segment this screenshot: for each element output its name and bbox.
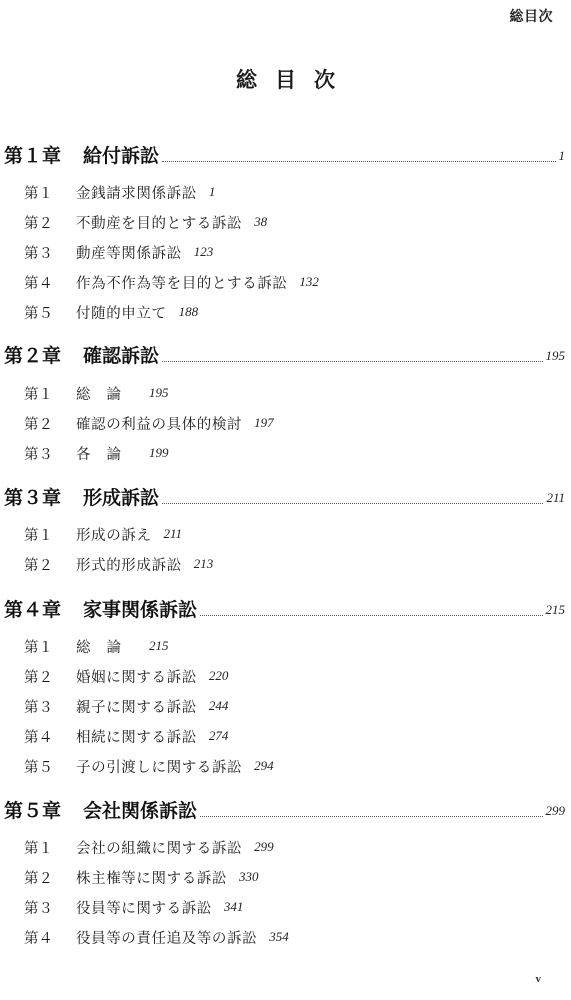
section-row[interactable]: 第４ 作為不作為等を目的とする訴訟 132 [24, 270, 319, 294]
chapter-title: 形成訴訟 [83, 484, 159, 512]
section-page: 244 [209, 698, 229, 714]
dot-leader [162, 502, 543, 504]
section-page: 188 [179, 304, 199, 320]
section-row[interactable]: 第１ 金銭請求関係訴訟 1 [24, 180, 215, 204]
section-number: 第１ [24, 636, 76, 657]
chapter-number: 第４章 [4, 596, 61, 624]
chapter-title: 給付訴訟 [83, 142, 159, 170]
section-row[interactable]: 第２ 株主権等に関する訴訟 330 [24, 865, 259, 889]
section-row[interactable]: 第１ 会社の組織に関する訴訟 299 [24, 835, 274, 859]
section-row[interactable]: 第４ 役員等の責任追及等の訴訟 354 [24, 925, 289, 949]
section-page: 354 [269, 929, 289, 945]
section-row[interactable]: 第３ 各論 199 [24, 441, 169, 465]
chapter-number: 第５章 [4, 797, 61, 825]
section-title: 総論 [76, 383, 137, 404]
section-page: 1 [209, 184, 216, 200]
section-title: 確認の利益の具体的検討 [76, 413, 242, 434]
chapter-row-5[interactable]: 第５章 会社関係訴訟 299 [4, 797, 565, 825]
section-title: 作為不作為等を目的とする訴訟 [76, 272, 287, 293]
section-row[interactable]: 第１ 総論 195 [24, 381, 169, 405]
section-number: 第５ [24, 302, 76, 323]
section-number: 第２ [24, 666, 76, 687]
section-number: 第３ [24, 242, 76, 263]
page-number: v [536, 973, 542, 985]
section-title: 総論 [76, 636, 137, 657]
section-page: 123 [194, 244, 214, 260]
section-title: 動産等関係訴訟 [76, 242, 182, 263]
section-title: 各論 [76, 443, 137, 464]
section-row[interactable]: 第２ 確認の利益の具体的検討 197 [24, 411, 274, 435]
section-title: 会社の組織に関する訴訟 [76, 837, 242, 858]
section-number: 第４ [24, 726, 76, 747]
chapter-number: 第２章 [4, 342, 61, 370]
section-title: 株主権等に関する訴訟 [76, 867, 227, 888]
section-number: 第４ [24, 272, 76, 293]
section-title: 親子に関する訴訟 [76, 696, 197, 717]
section-page: 38 [254, 214, 267, 230]
section-row[interactable]: 第３ 役員等に関する訴訟 341 [24, 895, 243, 919]
section-number: 第１ [24, 837, 76, 858]
section-number: 第３ [24, 897, 76, 918]
section-page: 274 [209, 728, 229, 744]
chapter-row-2[interactable]: 第２章 確認訴訟 195 [4, 342, 565, 370]
chapter-title: 会社関係訴訟 [83, 797, 197, 825]
chapter-page: 195 [546, 342, 566, 370]
section-page: 132 [299, 274, 319, 290]
dot-leader [200, 815, 542, 817]
section-row[interactable]: 第３ 親子に関する訴訟 244 [24, 694, 228, 718]
chapter-title: 家事関係訴訟 [83, 596, 197, 624]
section-title: 不動産を目的とする訴訟 [76, 212, 242, 233]
section-row[interactable]: 第１ 形成の訴え 211 [24, 522, 182, 546]
section-number: 第１ [24, 524, 76, 545]
chapter-number: 第１章 [4, 142, 61, 170]
section-title: 役員等に関する訴訟 [76, 897, 212, 918]
running-head: 総目次 [510, 6, 554, 26]
section-number: 第３ [24, 443, 76, 464]
section-number: 第５ [24, 756, 76, 777]
section-row[interactable]: 第２ 婚姻に関する訴訟 220 [24, 664, 228, 688]
section-title: 子の引渡しに関する訴訟 [76, 756, 242, 777]
section-number: 第２ [24, 554, 76, 575]
dot-leader [162, 360, 542, 362]
section-row[interactable]: 第４ 相続に関する訴訟 274 [24, 724, 228, 748]
chapter-page: 215 [546, 596, 566, 624]
chapter-row-3[interactable]: 第３章 形成訴訟 211 [4, 484, 565, 512]
section-page: 213 [194, 556, 214, 572]
section-number: 第３ [24, 696, 76, 717]
section-number: 第１ [24, 182, 76, 203]
section-page: 211 [164, 526, 183, 542]
section-title: 婚姻に関する訴訟 [76, 666, 197, 687]
section-page: 199 [149, 445, 169, 461]
section-row[interactable]: 第５ 付随的申立て 188 [24, 300, 198, 324]
section-title: 相続に関する訴訟 [76, 726, 197, 747]
section-page: 215 [149, 638, 169, 654]
chapter-row-1[interactable]: 第１章 給付訴訟 1 [4, 142, 565, 170]
section-title: 役員等の責任追及等の訴訟 [76, 927, 257, 948]
section-title: 付随的申立て [76, 302, 167, 323]
chapter-number: 第３章 [4, 484, 61, 512]
section-number: 第２ [24, 212, 76, 233]
section-title: 金銭請求関係訴訟 [76, 182, 197, 203]
section-title: 形成の訴え [76, 524, 152, 545]
section-row[interactable]: 第２ 不動産を目的とする訴訟 38 [24, 210, 267, 234]
section-page: 195 [149, 385, 169, 401]
chapter-page: 211 [546, 484, 565, 512]
section-row[interactable]: 第２ 形式的形成訴訟 213 [24, 552, 213, 576]
page-title: 総目次 [0, 64, 571, 94]
chapter-page: 299 [546, 797, 566, 825]
section-page: 299 [254, 839, 274, 855]
section-page: 220 [209, 668, 229, 684]
section-number: 第２ [24, 867, 76, 888]
section-number: 第４ [24, 927, 76, 948]
dot-leader [200, 614, 542, 616]
section-page: 294 [254, 758, 274, 774]
section-page: 330 [239, 869, 259, 885]
dot-leader [162, 160, 555, 162]
section-number: 第２ [24, 413, 76, 434]
chapter-row-4[interactable]: 第４章 家事関係訴訟 215 [4, 596, 565, 624]
section-page: 341 [224, 899, 244, 915]
section-row[interactable]: 第３ 動産等関係訴訟 123 [24, 240, 213, 264]
section-row[interactable]: 第５ 子の引渡しに関する訴訟 294 [24, 754, 274, 778]
section-page: 197 [254, 415, 274, 431]
section-number: 第１ [24, 383, 76, 404]
section-title: 形式的形成訴訟 [76, 554, 182, 575]
section-row[interactable]: 第１ 総論 215 [24, 634, 169, 658]
chapter-page: 1 [559, 142, 566, 170]
chapter-title: 確認訴訟 [83, 342, 159, 370]
